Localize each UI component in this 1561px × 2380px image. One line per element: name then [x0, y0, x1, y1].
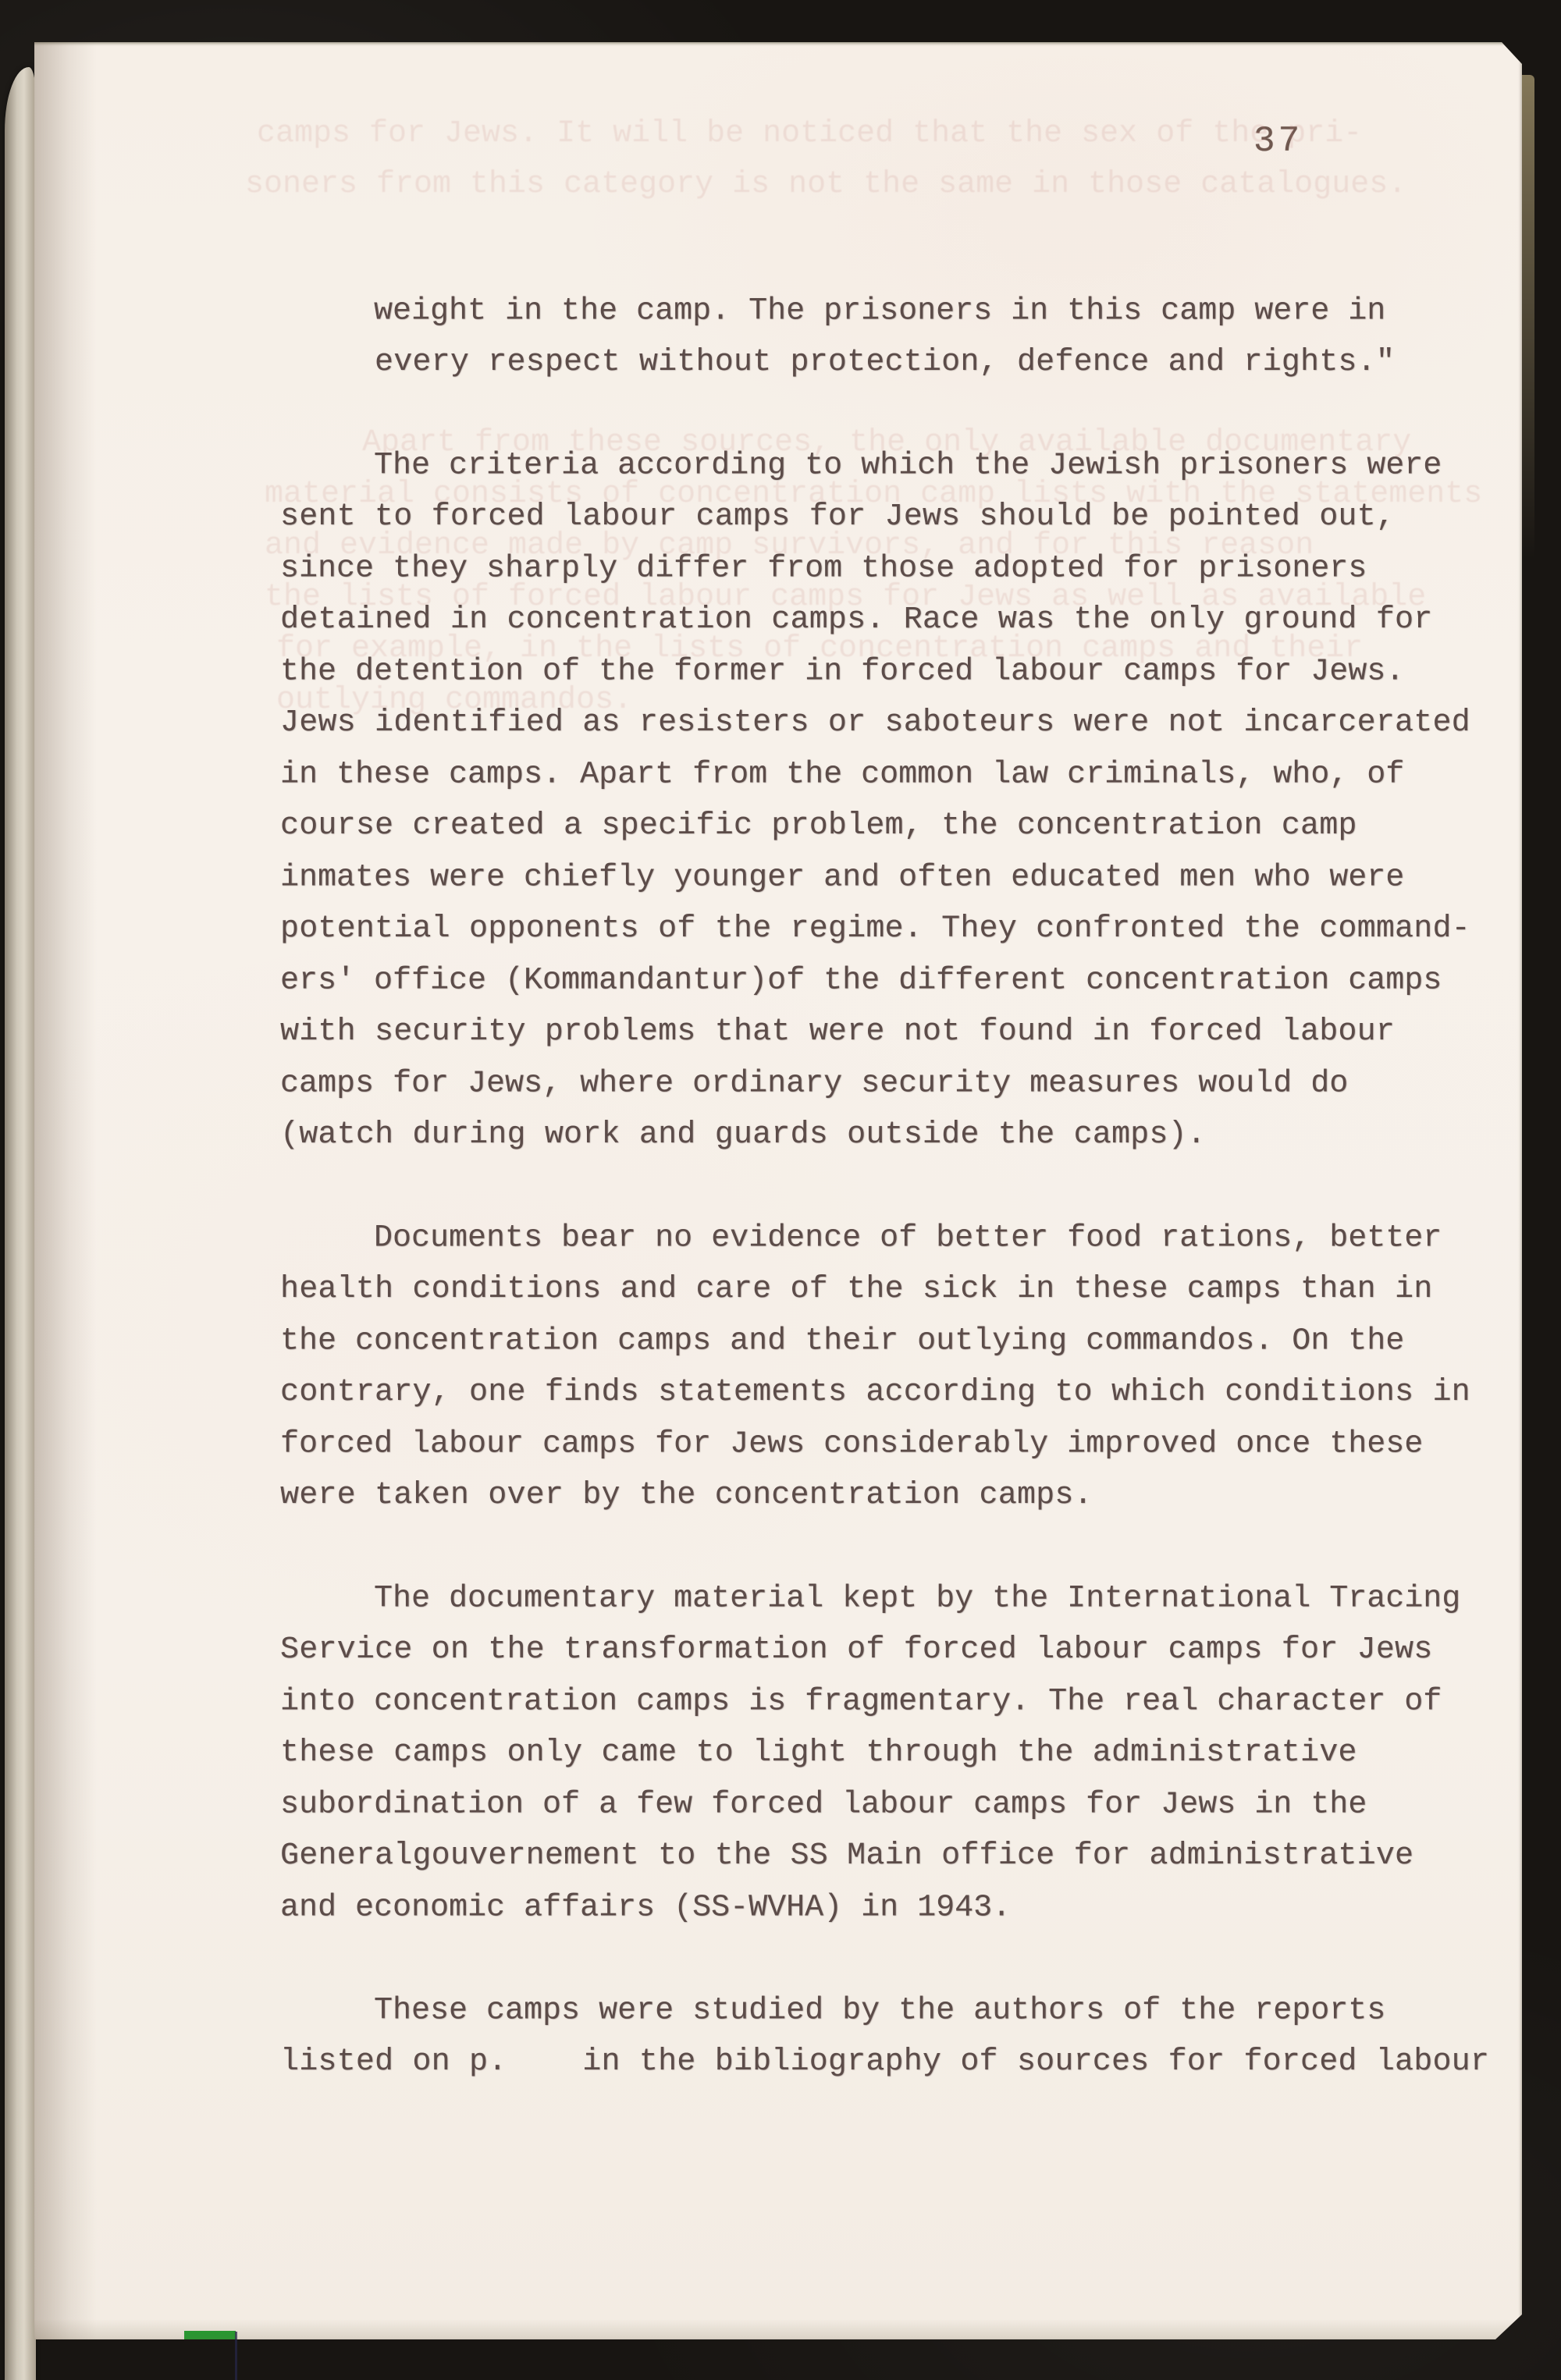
text-line: subordination of a few forced labour cam… [280, 1780, 1498, 1831]
book-spine-edge [5, 67, 36, 2380]
text-line: contrary, one finds statements according… [280, 1367, 1498, 1419]
paragraph: The criteria according to which the Jewi… [280, 440, 1498, 1161]
text-line: were taken over by the concentration cam… [280, 1470, 1498, 1522]
text-line: Documents bear no evidence of better foo… [280, 1213, 1498, 1265]
text-line: the detention of the former in forced la… [280, 647, 1498, 698]
paragraph: These camps were studied by the authors … [280, 1985, 1498, 2088]
text-line: ers' office (Kommandantur)of the differe… [280, 956, 1498, 1007]
paragraph: Documents bear no evidence of better foo… [280, 1213, 1498, 1522]
scanner-green-mark [184, 2331, 236, 2340]
text-line: into concentration camps is fragmentary.… [280, 1677, 1498, 1728]
text-line: the concentration camps and their outlyi… [280, 1316, 1498, 1368]
text-line: The criteria according to which the Jewi… [280, 441, 1498, 492]
typed-text: weight in the camp. The prisoners in thi… [280, 286, 1498, 2140]
text-line: (watch during work and guards outside th… [280, 1110, 1498, 1161]
text-line: potential opponents of the regime. They … [280, 904, 1498, 955]
scan-artifact-line [235, 2332, 237, 2380]
text-line: and economic affairs (SS-WVHA) in 1943. [280, 1883, 1498, 1934]
text-line: camps for Jews, where ordinary security … [280, 1059, 1498, 1110]
text-line: course created a specific problem, the c… [280, 801, 1498, 852]
text-line: Jews identified as resisters or saboteur… [280, 698, 1498, 749]
text-line: in these camps. Apart from the common la… [280, 750, 1498, 801]
text-line: inmates were chiefly younger and often e… [280, 853, 1498, 904]
ghost-text-line: camps for Jews. It will be noticed that … [257, 119, 1362, 150]
text-line: Generalgouvernement to the SS Main offic… [280, 1831, 1498, 1882]
text-line: sent to forced labour camps for Jews sho… [280, 492, 1498, 543]
text-line: The documentary material kept by the Int… [280, 1574, 1498, 1625]
text-line: every respect without protection, defenc… [280, 337, 1498, 389]
text-line: forced labour camps for Jews considerabl… [280, 1419, 1498, 1471]
ghost-text-line: soners from this category is not the sam… [245, 169, 1406, 201]
text-line: since they sharply differ from those ado… [280, 544, 1498, 595]
scan-background: 37 camps for Jews. It will be noticed th… [0, 0, 1561, 2380]
text-line: weight in the camp. The prisoners in thi… [280, 286, 1498, 338]
text-line: with security problems that were not fou… [280, 1007, 1498, 1058]
text-line: These camps were studied by the authors … [280, 1986, 1498, 2037]
paragraph: weight in the camp. The prisoners in thi… [280, 286, 1498, 389]
text-line: listed on p. in the bibliography of sour… [280, 2037, 1498, 2088]
document-page: 37 camps for Jews. It will be noticed th… [34, 42, 1522, 2339]
page-number: 37 [1253, 123, 1303, 159]
text-line: these camps only came to light through t… [280, 1728, 1498, 1779]
paragraph: The documentary material kept by the Int… [280, 1573, 1498, 1934]
text-line: health conditions and care of the sick i… [280, 1264, 1498, 1316]
text-line: detained in concentration camps. Race wa… [280, 595, 1498, 646]
text-line: Service on the transformation of forced … [280, 1625, 1498, 1676]
